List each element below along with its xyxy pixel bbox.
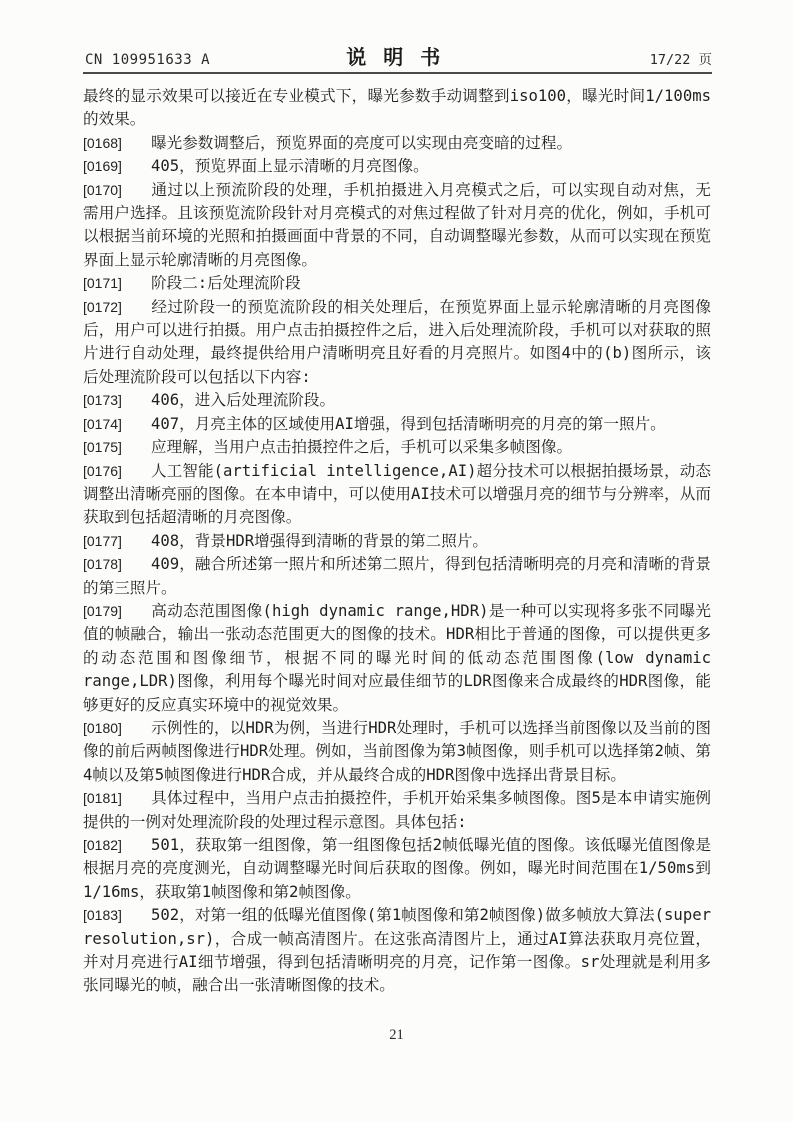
- paragraph-number: [0171]: [83, 272, 151, 295]
- paragraph-number: [0178]: [83, 553, 151, 576]
- paragraph-number: [0173]: [83, 389, 151, 412]
- paragraph-text: 405，预览界面上显示清晰的月亮图像。: [151, 157, 429, 175]
- paragraph-0178: [0178]409，融合所述第一照片和所述第二照片，得到包括清晰明亮的月亮和清晰…: [83, 553, 711, 600]
- paragraph-number: [0183]: [83, 904, 151, 927]
- paragraph-number: [0182]: [83, 834, 151, 857]
- paragraph-0175: [0175]应理解，当用户点击拍摄控件之后，手机可以采集多帧图像。: [83, 436, 711, 459]
- paragraph-number: [0168]: [83, 132, 151, 155]
- paragraph-text: 407，月亮主体的区域使用AI增强，得到包括清晰明亮的月亮的第一照片。: [151, 415, 666, 433]
- paragraph-number: [0174]: [83, 413, 151, 436]
- paragraph-0171: [0171]阶段二:后处理流阶段: [83, 272, 711, 295]
- paragraph-text: 通过以上预流阶段的处理，手机拍摄进入月亮模式之后，可以实现自动对焦，无需用户选择…: [83, 181, 711, 269]
- document-title: 说明书: [338, 41, 458, 70]
- paragraph-intro: 最终的显示效果可以接近在专业模式下，曝光参数手动调整到iso100，曝光时间1/…: [83, 85, 711, 132]
- paragraph-text: 406，进入后处理流阶段。: [151, 391, 335, 409]
- paragraph-0176: [0176]人工智能(artificial intelligence,AI)超分…: [83, 460, 711, 530]
- paragraph-number: [0170]: [83, 179, 151, 202]
- paragraph-number: [0172]: [83, 296, 151, 319]
- paragraph-0174: [0174]407，月亮主体的区域使用AI增强，得到包括清晰明亮的月亮的第一照片…: [83, 413, 711, 436]
- paragraph-0172: [0172]经过阶段一的预览流阶段的相关处理后，在预览界面上显示轮廓清晰的月亮图…: [83, 296, 711, 390]
- paragraph-text: 经过阶段一的预览流阶段的相关处理后，在预览界面上显示轮廓清晰的月亮图像后，用户可…: [83, 298, 711, 386]
- page-footer: 21: [0, 1026, 793, 1044]
- paragraph-text: 409，融合所述第一照片和所述第二照片，得到包括清晰明亮的月亮和清晰的背景的第三…: [83, 555, 711, 596]
- paragraph-text: 501，获取第一组图像，第一组图像包括2帧低曝光值的图像。该低曝光值图像是根据月…: [83, 836, 711, 901]
- paragraph-text: 曝光参数调整后，预览界面的亮度可以实现由亮变暗的过程。: [151, 134, 572, 152]
- paragraph-0181: [0181]具体过程中，当用户点击拍摄控件，手机开始采集多帧图像。图5是本申请实…: [83, 787, 711, 834]
- paragraph-0183: [0183]502，对第一组的低曝光值图像(第1帧图像和第2帧图像)做多帧放大算…: [83, 904, 711, 998]
- page-number: 21: [389, 1027, 404, 1043]
- paragraph-text: 502，对第一组的低曝光值图像(第1帧图像和第2帧图像)做多帧放大算法(supe…: [83, 906, 711, 994]
- paragraph-text: 408，背景HDR增强得到清晰的背景的第二照片。: [151, 532, 488, 550]
- paragraph-0170: [0170]通过以上预流阶段的处理，手机拍摄进入月亮模式之后，可以实现自动对焦，…: [83, 179, 711, 273]
- paragraph-0179: [0179]高动态范围图像(high dynamic range,HDR)是一种…: [83, 600, 711, 717]
- paragraph-0168: [0168]曝光参数调整后，预览界面的亮度可以实现由亮变暗的过程。: [83, 132, 711, 155]
- paragraph-number: [0175]: [83, 436, 151, 459]
- paragraph-text: 具体过程中，当用户点击拍摄控件，手机开始采集多帧图像。图5是本申请实施例提供的一…: [83, 789, 711, 830]
- page-header: CN 109951633 A 说明书 17/22 页: [83, 38, 712, 72]
- paragraph-0173: [0173]406，进入后处理流阶段。: [83, 389, 711, 412]
- paragraph-text: 最终的显示效果可以接近在专业模式下，曝光参数手动调整到iso100，曝光时间1/…: [83, 87, 711, 128]
- paragraph-0182: [0182]501，获取第一组图像，第一组图像包括2帧低曝光值的图像。该低曝光值…: [83, 834, 711, 904]
- patent-page: CN 109951633 A 说明书 17/22 页 最终的显示效果可以接近在专…: [0, 0, 793, 1122]
- paragraph-number: [0177]: [83, 530, 151, 553]
- paragraph-text: 应理解，当用户点击拍摄控件之后，手机可以采集多帧图像。: [151, 438, 572, 456]
- paragraph-number: [0180]: [83, 717, 151, 740]
- paragraph-0177: [0177]408，背景HDR增强得到清晰的背景的第二照片。: [83, 530, 711, 553]
- paragraph-0169: [0169]405，预览界面上显示清晰的月亮图像。: [83, 155, 711, 178]
- paragraph-0180: [0180]示例性的，以HDR为例，当进行HDR处理时，手机可以选择当前图像以及…: [83, 717, 711, 787]
- paragraph-text: 人工智能(artificial intelligence,AI)超分技术可以根据…: [83, 462, 711, 527]
- paragraph-number: [0181]: [83, 787, 151, 810]
- page-indicator: 17/22 页: [650, 48, 712, 68]
- header-divider: [83, 72, 712, 74]
- paragraph-text: 阶段二:后处理流阶段: [151, 274, 301, 292]
- paragraph-number: [0179]: [83, 600, 151, 623]
- specification-body: 最终的显示效果可以接近在专业模式下，曝光参数手动调整到iso100，曝光时间1/…: [83, 85, 711, 998]
- paragraph-number: [0176]: [83, 460, 151, 483]
- document-number: CN 109951633 A: [85, 52, 210, 68]
- paragraph-number: [0169]: [83, 155, 151, 178]
- paragraph-text: 高动态范围图像(high dynamic range,HDR)是一种可以实现将多…: [83, 602, 711, 714]
- paragraph-text: 示例性的，以HDR为例，当进行HDR处理时，手机可以选择当前图像以及当前的图像的…: [83, 719, 711, 784]
